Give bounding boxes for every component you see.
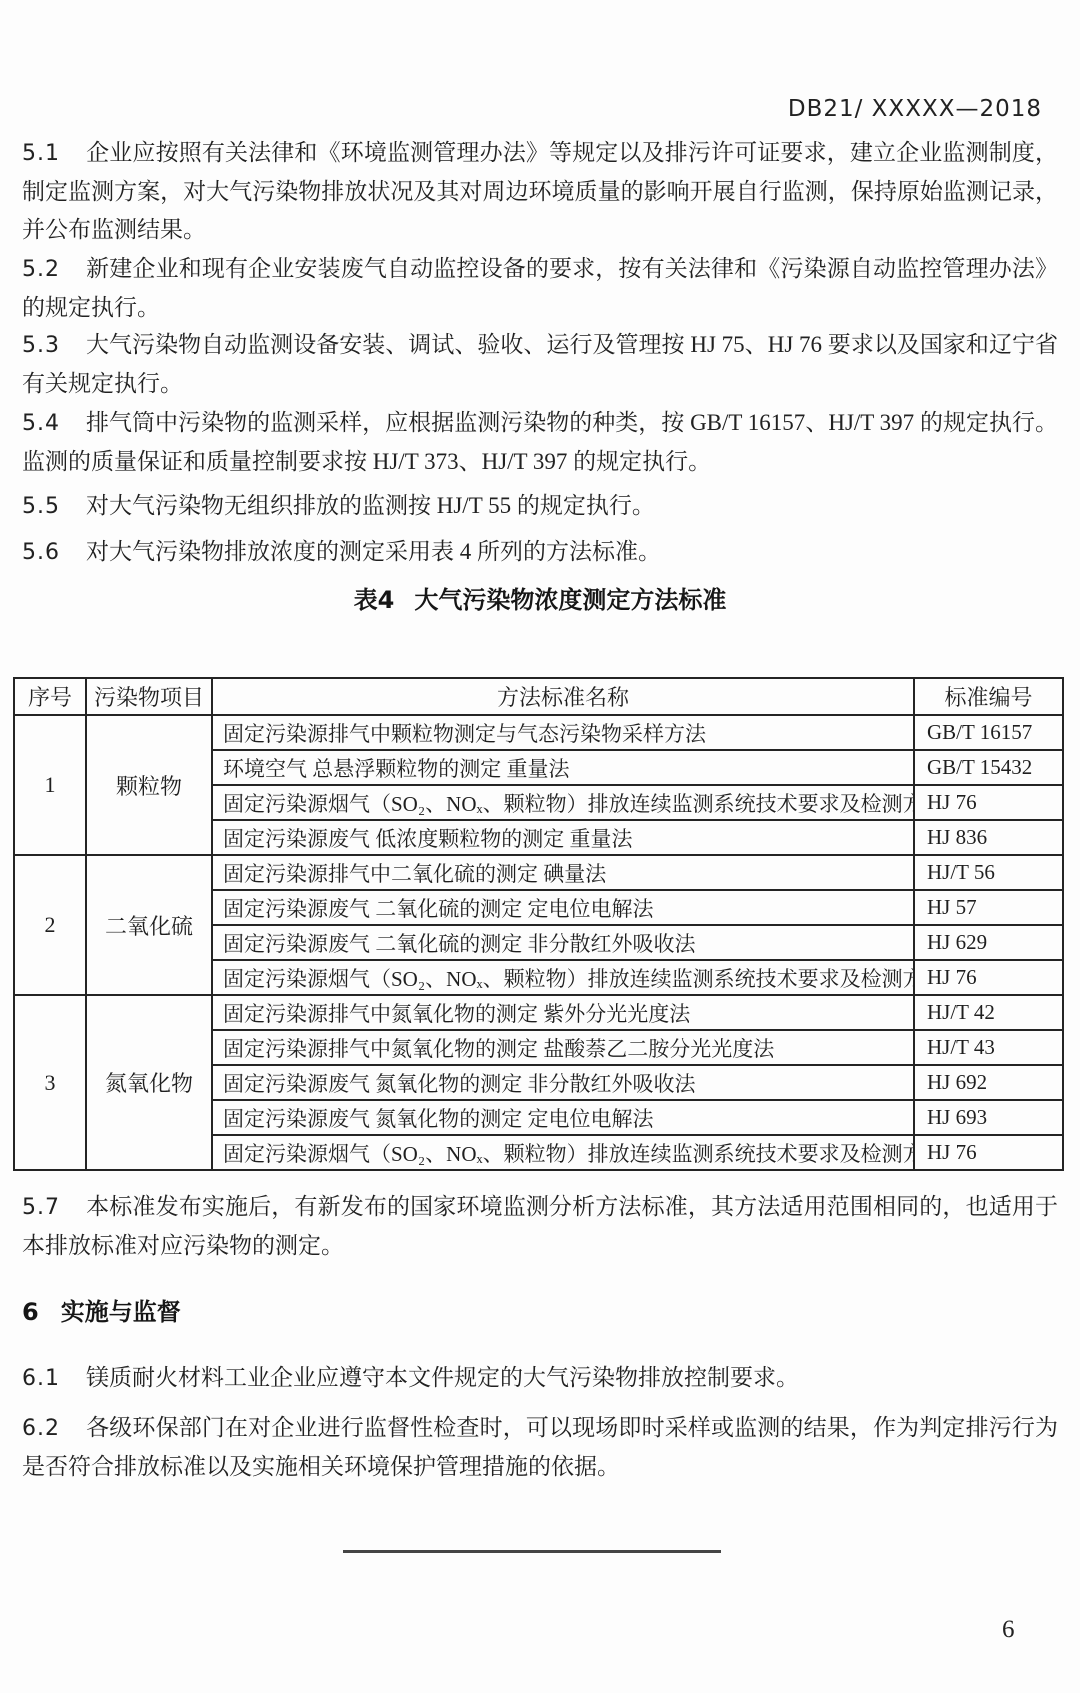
chapter-6-heading: 6实施与监督	[22, 1292, 181, 1327]
standard-code-cell: GB/T 15432	[914, 750, 1063, 785]
group-pollutant-cell: 氮氧化物	[86, 995, 212, 1170]
table-header-row: 序号 污染物项目 方法标准名称 标准编号	[14, 678, 1063, 715]
section-text: 本标准发布实施后，有新发布的国家环境监测分析方法标准，其方法适用范围相同的，也适…	[22, 1194, 1058, 1258]
page-number: 6	[1002, 1616, 1015, 1644]
table-4-title-text: 大气污染物浓度测定方法标准	[414, 586, 726, 614]
section-number: 5.2	[22, 257, 86, 282]
section-number: 5.3	[22, 333, 86, 358]
section-text: 镁质耐火材料工业企业应遵守本文件规定的大气污染物排放控制要求。	[86, 1365, 799, 1390]
table-row: 2 二氧化硫 固定污染源排气中二氧化硫的测定 碘量法 HJ/T 56	[14, 855, 1063, 890]
section-5-7: 5.7本标准发布实施后，有新发布的国家环境监测分析方法标准，其方法适用范围相同的…	[22, 1188, 1058, 1265]
document-code-header: DB21/ XXXXX—2018	[788, 96, 1042, 122]
standard-code-cell: GB/T 16157	[914, 715, 1063, 750]
method-name-cell: 固定污染源排气中氮氧化物的测定 盐酸萘乙二胺分光光度法	[212, 1030, 914, 1065]
section-text: 新建企业和现有企业安装废气自动监控设备的要求，按有关法律和《污染源自动监控管理办…	[22, 256, 1058, 320]
section-5-2: 5.2新建企业和现有企业安装废气自动监控设备的要求，按有关法律和《污染源自动监控…	[22, 250, 1058, 327]
standard-code-cell: HJ 836	[914, 820, 1063, 855]
section-number: 5.7	[22, 1195, 86, 1220]
section-text: 各级环保部门在对企业进行监督性检查时，可以现场即时采样或监测的结果，作为判定排污…	[22, 1415, 1058, 1479]
section-text: 大气污染物自动监测设备安装、调试、验收、运行及管理按 HJ 75、HJ 76 要…	[22, 332, 1058, 396]
section-text: 排气筒中污染物的监测采样，应根据监测污染物的种类，按 GB/T 16157、HJ…	[22, 410, 1058, 474]
method-standards-table: 序号 污染物项目 方法标准名称 标准编号 1 颗粒物 固定污染源排气中颗粒物测定…	[13, 677, 1064, 1171]
method-name-cell: 环境空气 总悬浮颗粒物的测定 重量法	[212, 750, 914, 785]
section-6-1: 6.1镁质耐火材料工业企业应遵守本文件规定的大气污染物排放控制要求。	[22, 1359, 1058, 1398]
group-index-cell: 2	[14, 855, 86, 995]
method-name-cell: 固定污染源烟气（SO₂、NOₓ、颗粒物）排放连续监测系统技术要求及检测方法	[212, 960, 914, 995]
section-5-6: 5.6对大气污染物排放浓度的测定采用表 4 所列的方法标准。	[22, 533, 1058, 572]
section-number: 5.4	[22, 411, 86, 436]
method-name-cell: 固定污染源废气 二氧化硫的测定 非分散红外吸收法	[212, 925, 914, 960]
column-header-method-name: 方法标准名称	[212, 678, 914, 715]
standard-code-cell: HJ/T 56	[914, 855, 1063, 890]
footer-rule	[343, 1550, 721, 1553]
standard-code-cell: HJ 76	[914, 785, 1063, 820]
section-text: 企业应按照有关法律和《环境监测管理办法》等规定以及排污许可证要求，建立企业监测制…	[22, 140, 1058, 242]
standard-code-cell: HJ 629	[914, 925, 1063, 960]
section-number: 5.5	[22, 494, 86, 519]
method-name-cell: 固定污染源烟气（SO₂、NOₓ、颗粒物）排放连续监测系统技术要求及检测方法	[212, 1135, 914, 1170]
standard-code-cell: HJ/T 43	[914, 1030, 1063, 1065]
table-4-title: 表4大气污染物浓度测定方法标准	[0, 580, 1080, 615]
standard-code-cell: HJ 692	[914, 1065, 1063, 1100]
method-name-cell: 固定污染源废气 氮氧化物的测定 非分散红外吸收法	[212, 1065, 914, 1100]
document-page: DB21/ XXXXX—2018 5.1企业应按照有关法律和《环境监测管理办法》…	[0, 0, 1080, 1693]
method-name-cell: 固定污染源废气 氮氧化物的测定 定电位电解法	[212, 1100, 914, 1135]
section-number: 6.2	[22, 1416, 86, 1441]
method-name-cell: 固定污染源烟气（SO₂、NOₓ、颗粒物）排放连续监测系统技术要求及检测方法	[212, 785, 914, 820]
group-index-cell: 1	[14, 715, 86, 855]
section-number: 6.1	[22, 1366, 86, 1391]
group-pollutant-cell: 颗粒物	[86, 715, 212, 855]
chapter-title: 实施与监督	[61, 1298, 181, 1326]
section-number: 5.6	[22, 540, 86, 565]
section-text: 对大气污染物排放浓度的测定采用表 4 所列的方法标准。	[86, 539, 661, 564]
chapter-number: 6	[22, 1298, 61, 1326]
group-index-cell: 3	[14, 995, 86, 1170]
section-5-1: 5.1企业应按照有关法律和《环境监测管理办法》等规定以及排污许可证要求，建立企业…	[22, 134, 1058, 249]
table-row: 1 颗粒物 固定污染源排气中颗粒物测定与气态污染物采样方法 GB/T 16157	[14, 715, 1063, 750]
section-number: 5.1	[22, 141, 86, 166]
method-name-cell: 固定污染源废气 二氧化硫的测定 定电位电解法	[212, 890, 914, 925]
standard-code-cell: HJ 57	[914, 890, 1063, 925]
column-header-index: 序号	[14, 678, 86, 715]
method-name-cell: 固定污染源废气 低浓度颗粒物的测定 重量法	[212, 820, 914, 855]
section-5-3: 5.3大气污染物自动监测设备安装、调试、验收、运行及管理按 HJ 75、HJ 7…	[22, 326, 1058, 403]
group-pollutant-cell: 二氧化硫	[86, 855, 212, 995]
column-header-standard-code: 标准编号	[914, 678, 1063, 715]
section-5-4: 5.4排气筒中污染物的监测采样，应根据监测污染物的种类，按 GB/T 16157…	[22, 404, 1058, 481]
section-5-5: 5.5对大气污染物无组织排放的监测按 HJ/T 55 的规定执行。	[22, 487, 1058, 526]
section-6-2: 6.2各级环保部门在对企业进行监督性检查时，可以现场即时采样或监测的结果，作为判…	[22, 1409, 1058, 1486]
column-header-pollutant: 污染物项目	[86, 678, 212, 715]
standard-code-cell: HJ/T 42	[914, 995, 1063, 1030]
method-name-cell: 固定污染源排气中氮氧化物的测定 紫外分光光度法	[212, 995, 914, 1030]
method-name-cell: 固定污染源排气中二氧化硫的测定 碘量法	[212, 855, 914, 890]
standard-code-cell: HJ 693	[914, 1100, 1063, 1135]
standard-code-cell: HJ 76	[914, 960, 1063, 995]
standard-code-cell: HJ 76	[914, 1135, 1063, 1170]
table-row: 3 氮氧化物 固定污染源排气中氮氧化物的测定 紫外分光光度法 HJ/T 42	[14, 995, 1063, 1030]
table-4-title-number: 表4	[354, 586, 415, 614]
method-name-cell: 固定污染源排气中颗粒物测定与气态污染物采样方法	[212, 715, 914, 750]
section-text: 对大气污染物无组织排放的监测按 HJ/T 55 的规定执行。	[86, 493, 655, 518]
